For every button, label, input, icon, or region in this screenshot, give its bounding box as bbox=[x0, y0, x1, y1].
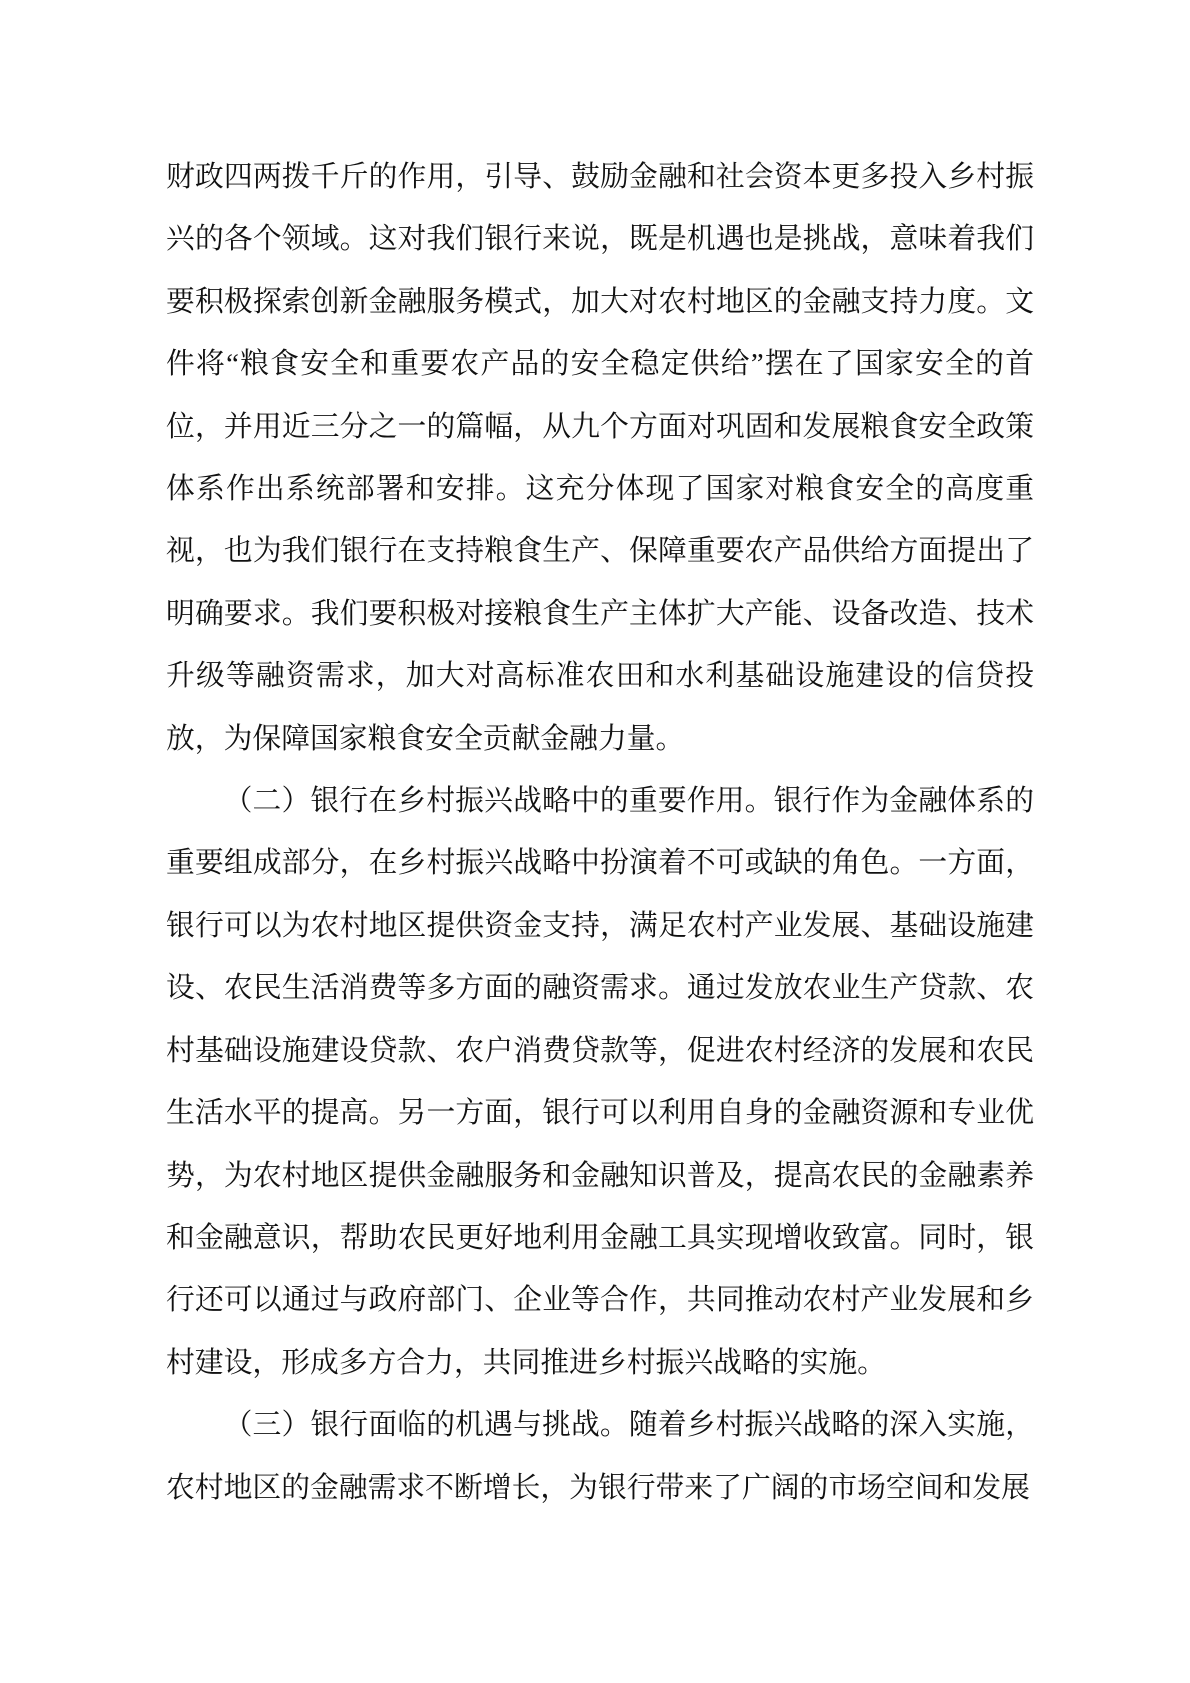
document-page: 财政四两拨千斤的作用，引导、鼓励金融和社会资本更多投入乡村振兴的各个领域。这对我… bbox=[0, 0, 1190, 1683]
paragraph-section-2: （二）银行在乡村振兴战略中的重要作用。银行作为金融体系的重要组成部分，在乡村振兴… bbox=[166, 770, 1034, 1394]
paragraph-continuation: 财政四两拨千斤的作用，引导、鼓励金融和社会资本更多投入乡村振兴的各个领域。这对我… bbox=[166, 146, 1034, 770]
document-body: 财政四两拨千斤的作用，引导、鼓励金融和社会资本更多投入乡村振兴的各个领域。这对我… bbox=[166, 146, 1034, 1519]
paragraph-section-3: （三）银行面临的机遇与挑战。随着乡村振兴战略的深入实施，农村地区的金融需求不断增… bbox=[166, 1394, 1034, 1519]
